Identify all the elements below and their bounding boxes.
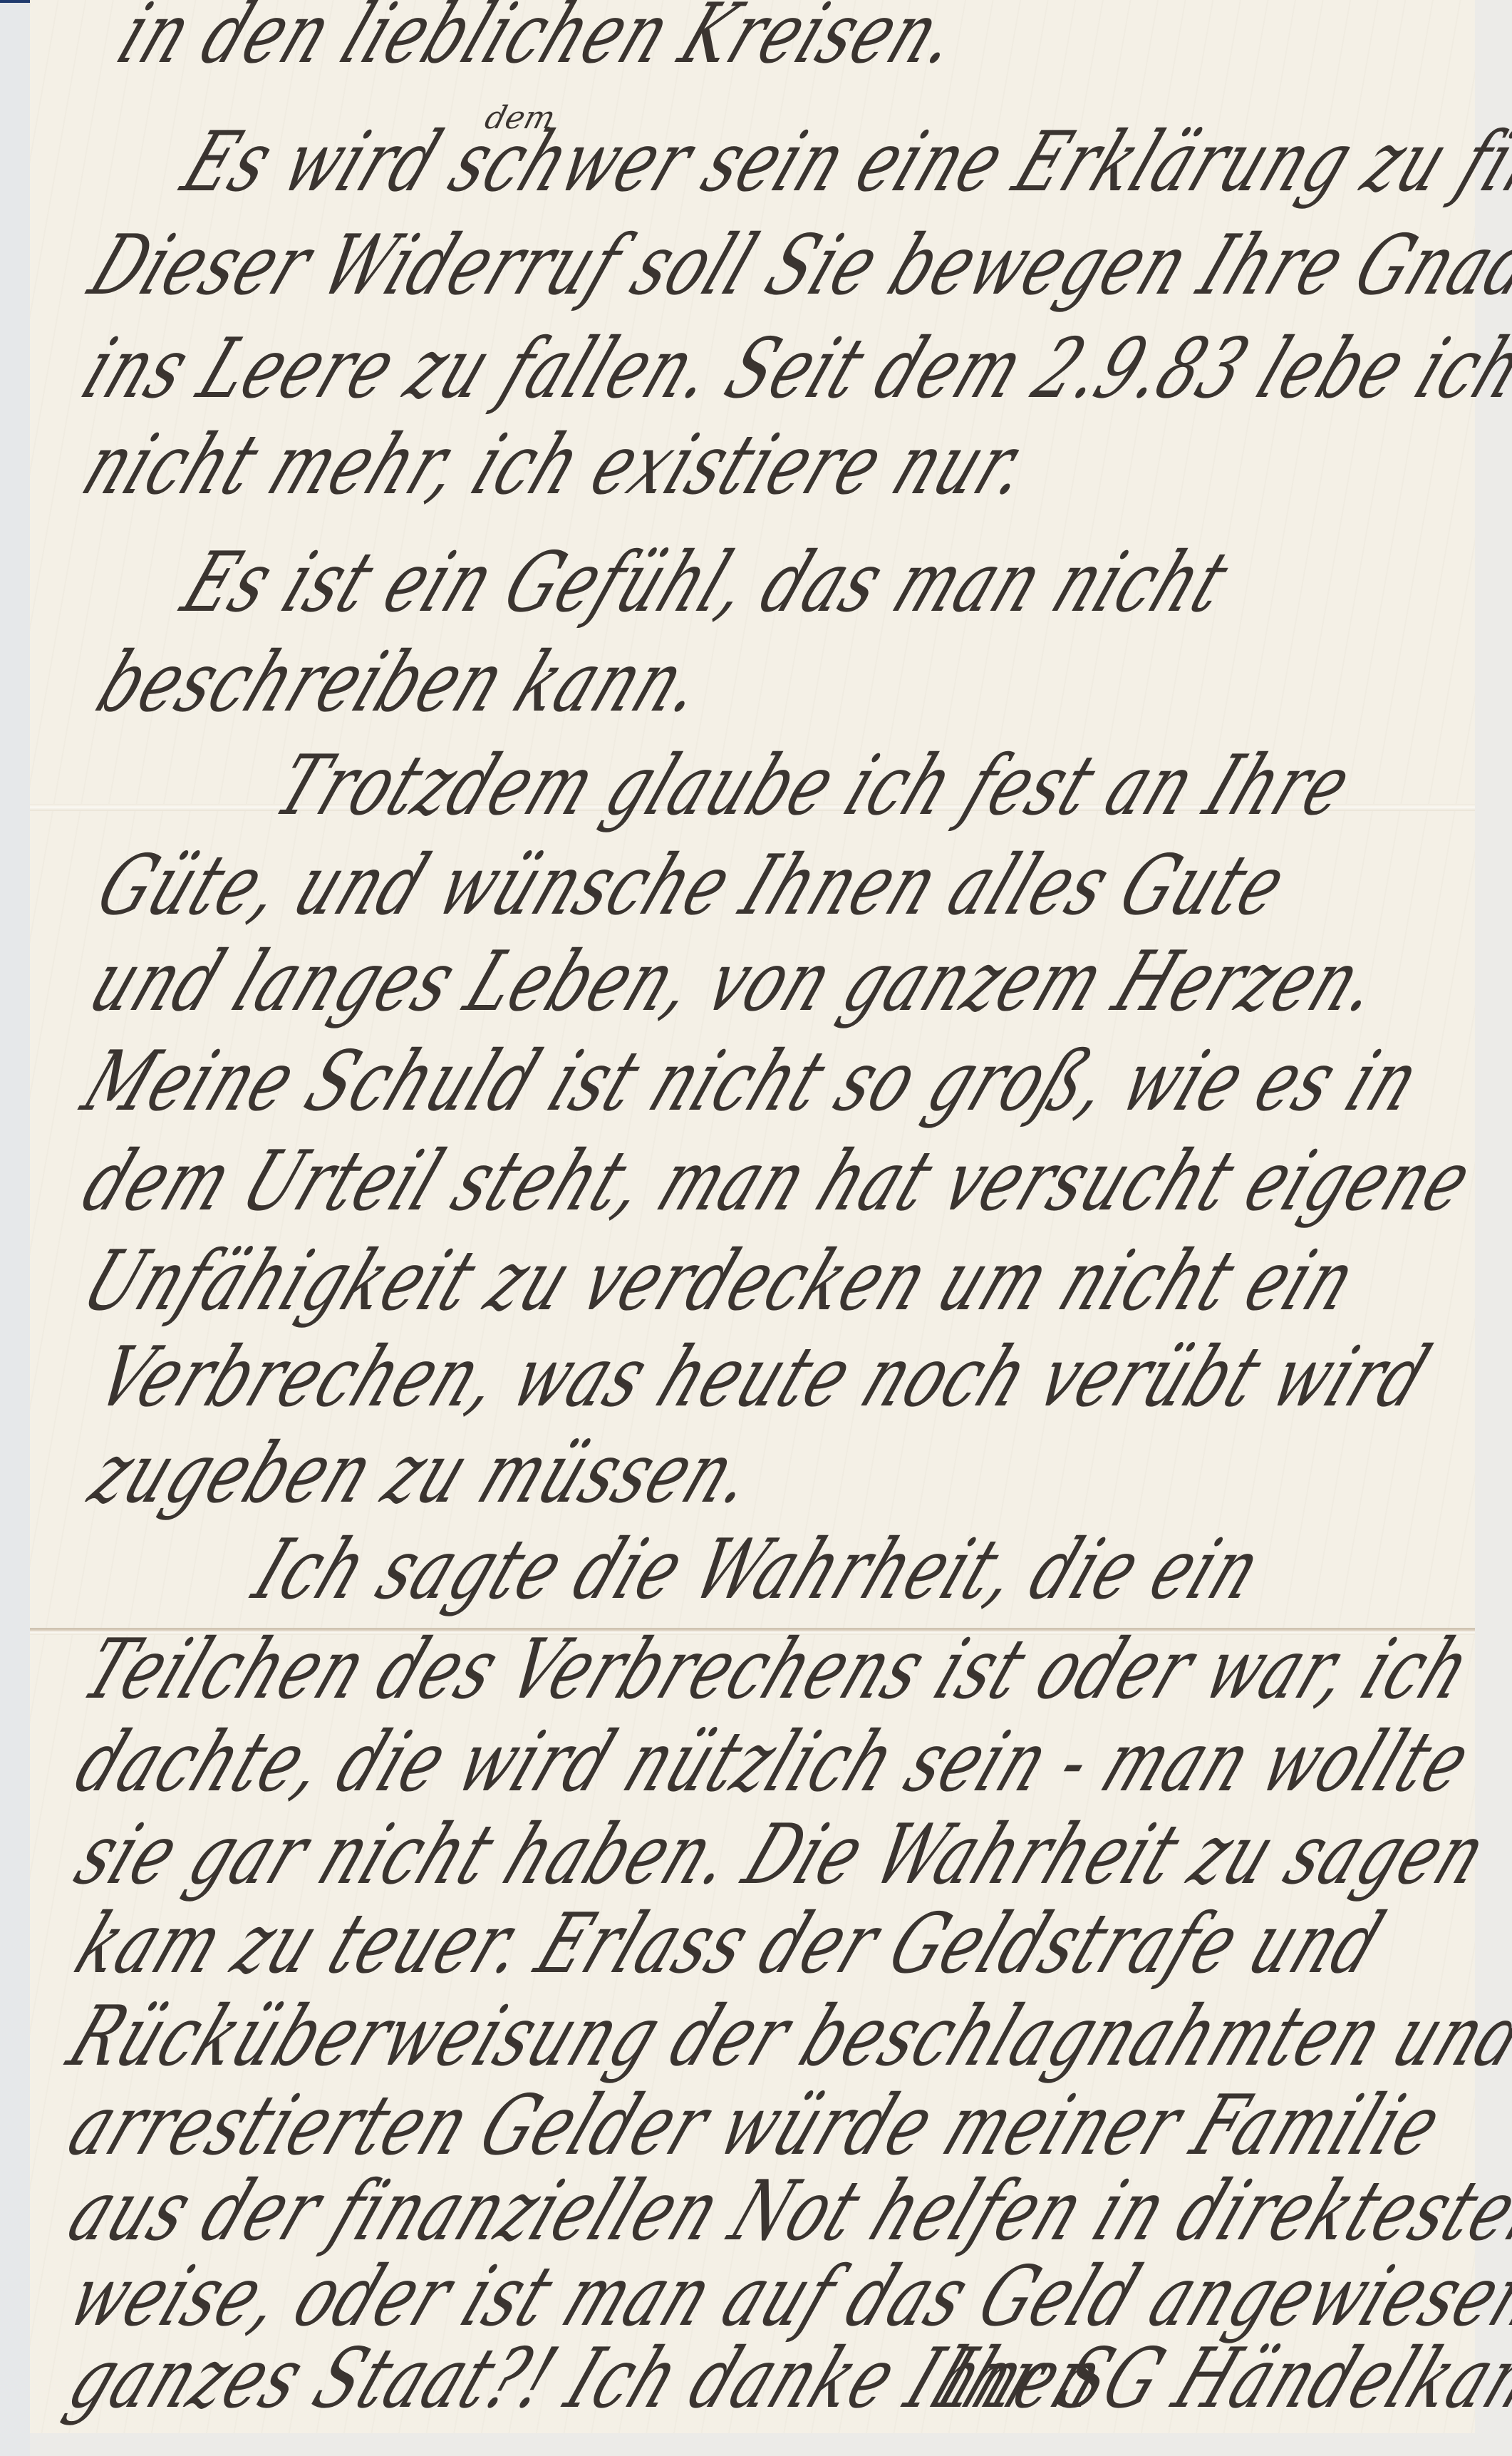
text-line: Rücküberweisung der beschlagnahmten und (58, 1996, 1512, 2078)
text-line: Teilchen des Verbrechens ist oder war, i… (73, 1629, 1483, 1711)
text-line: ins Leere zu fallen. Seit dem 2.9.83 leb… (73, 328, 1512, 411)
scanner-edge-strip (0, 0, 30, 2456)
text-line: Meine Schuld ist nicht so groß, wie es i… (73, 1041, 1431, 1123)
text-line: Trotzdem glaube ich fest an Ihre (265, 745, 1363, 827)
signature: SG Händelkam (1049, 2338, 1512, 2420)
text-line: nicht mehr, ich existiere nur. (73, 424, 1042, 507)
text-line: Dieser Widerruf soll Sie bewegen Ihre Gn… (80, 225, 1512, 307)
text-line: kam zu teuer. Erlass der Geldstrafe und (66, 1903, 1394, 1986)
text-line: und langes Leben, von ganzem Herzen. (80, 941, 1393, 1023)
text-line: in den lieblichen Kreisen. (108, 0, 972, 76)
text-line: Güte, und wünsche Ihnen alles Gute (87, 845, 1298, 927)
text-line: Unfähigkeit zu verdecken um nicht ein (73, 1240, 1367, 1323)
text-line: Verbrechen, was heute noch verübt wird (87, 1336, 1441, 1419)
text-line: dem Urteil steht, man hat versucht eigen… (73, 1140, 1483, 1223)
text-line: aus der finanziellen Not helfen in direk… (58, 2170, 1512, 2253)
text-line: zugeben zu müssen. (80, 1433, 767, 1515)
text-line: arrestierten Gelder würde meiner Familie (58, 2085, 1453, 2167)
scanner-edge-line (0, 0, 30, 3)
text-line: Es ist ein Gefühl, das man nicht (172, 542, 1241, 624)
text-line: dachte, die wird nützlich sein - man wol… (66, 1721, 1482, 1804)
text-line: Es wird schwer sein eine Erklärung zu fi… (172, 121, 1512, 204)
text-line: weise, oder ist man auf das Geld angewie… (58, 2256, 1512, 2338)
text-line: beschreiben kann. (87, 641, 717, 724)
text-line: sie gar nicht haben. Die Wahrheit zu sag… (66, 1814, 1498, 1897)
text-line: Ich sagte die Wahrheit, die ein (244, 1529, 1273, 1611)
letter-page: in den lieblichen Kreisen. dem Es wird s… (30, 0, 1475, 2433)
